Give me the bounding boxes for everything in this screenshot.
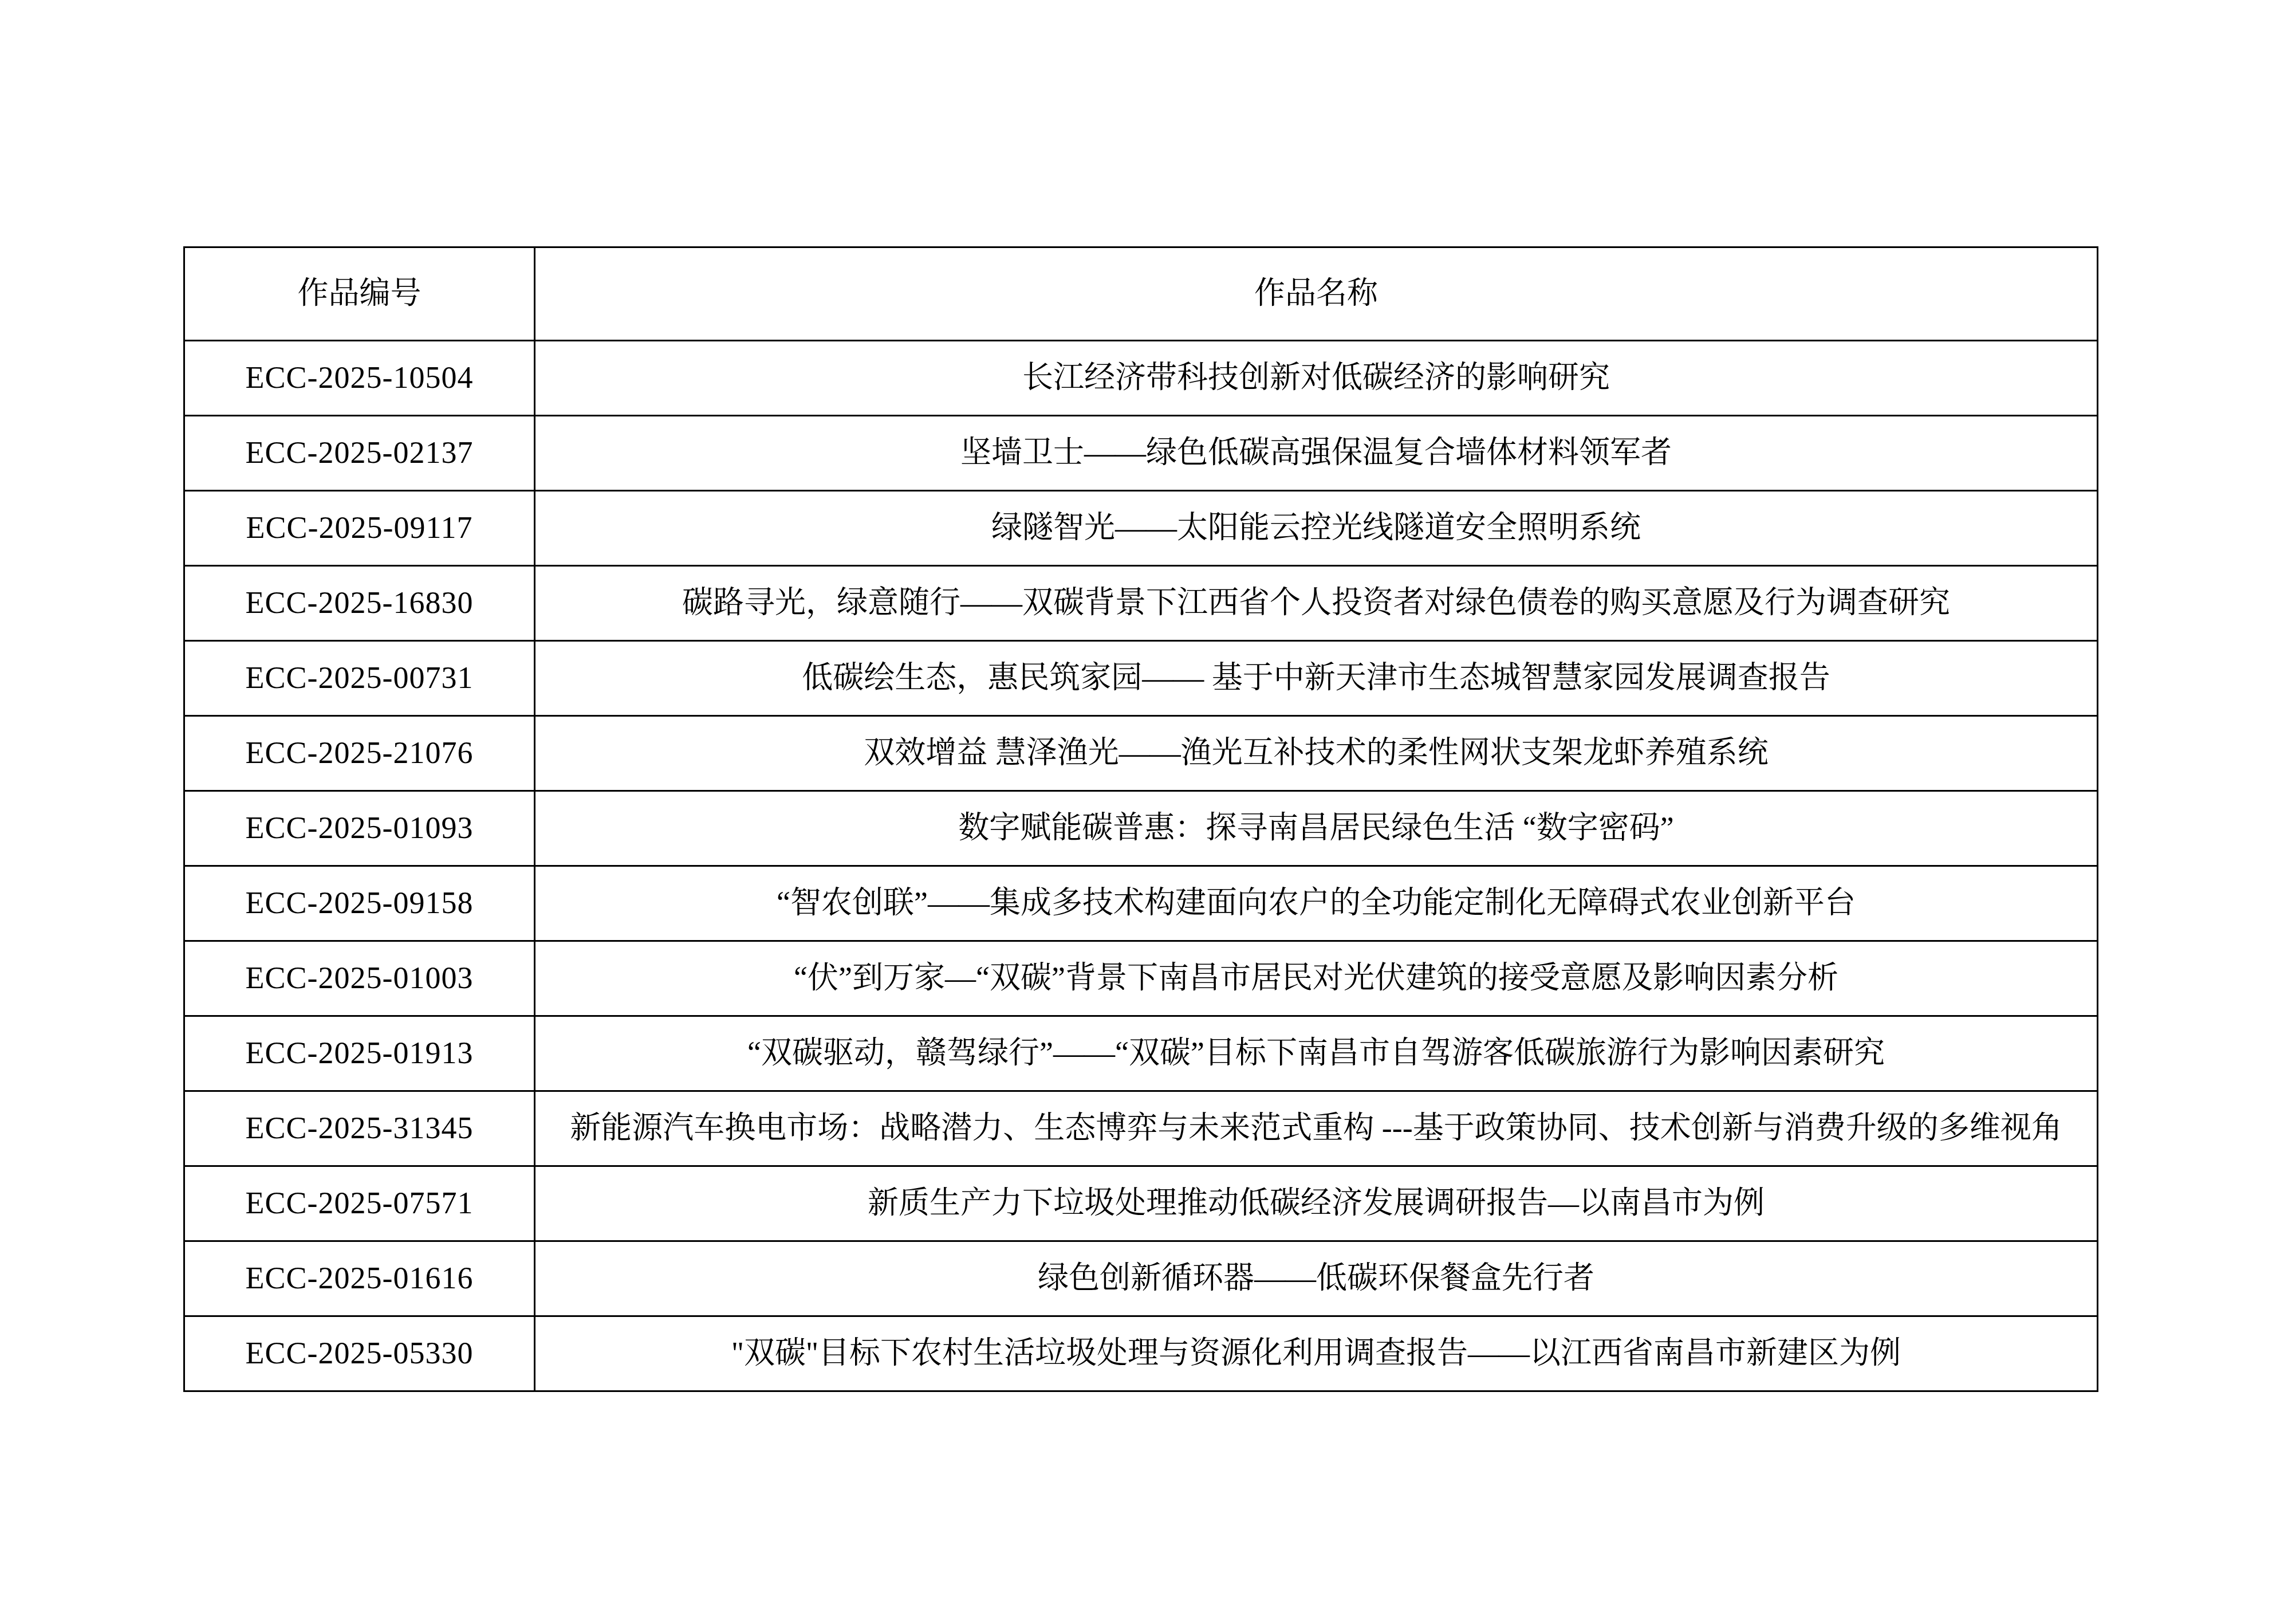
table-row: ECC-2025-00731 低碳绘生态，惠民筑家园—— 基于中新天津市生态城智… (184, 641, 2098, 716)
work-code-cell: ECC-2025-09117 (184, 491, 535, 566)
work-title-cell: 绿隧智光——太阳能云控光线隧道安全照明系统 (535, 491, 2098, 566)
work-title-cell: "双碳"目标下农村生活垃圾处理与资源化利用调查报告——以江西省南昌市新建区为例 (535, 1316, 2098, 1391)
table-row: ECC-2025-02137 坚墙卫士——绿色低碳高强保温复合墙体材料领军者 (184, 416, 2098, 491)
work-code-cell: ECC-2025-01003 (184, 941, 535, 1016)
table-body: ECC-2025-10504 长江经济带科技创新对低碳经济的影响研究 ECC-2… (184, 341, 2098, 1391)
table-row: ECC-2025-21076 双效增益 慧泽渔光——渔光互补技术的柔性网状支架龙… (184, 716, 2098, 791)
table-row: ECC-2025-05330 "双碳"目标下农村生活垃圾处理与资源化利用调查报告… (184, 1316, 2098, 1391)
header-work-code: 作品编号 (184, 247, 535, 341)
work-title-cell: “智农创联”——集成多技术构建面向农户的全功能定制化无障碍式农业创新平台 (535, 866, 2098, 941)
work-code-cell: ECC-2025-00731 (184, 641, 535, 716)
work-code-cell: ECC-2025-05330 (184, 1316, 535, 1391)
work-code-cell: ECC-2025-09158 (184, 866, 535, 941)
work-title-cell: 长江经济带科技创新对低碳经济的影响研究 (535, 341, 2098, 416)
work-title-cell: 新质生产力下垃圾处理推动低碳经济发展调研报告—以南昌市为例 (535, 1166, 2098, 1241)
works-table: 作品编号 作品名称 ECC-2025-10504 长江经济带科技创新对低碳经济的… (183, 246, 2098, 1392)
work-code-cell: ECC-2025-21076 (184, 716, 535, 791)
table-row: ECC-2025-01616 绿色创新循环器——低碳环保餐盒先行者 (184, 1241, 2098, 1316)
table-row: ECC-2025-01003 “伏”到万家—“双碳”背景下南昌市居民对光伏建筑的… (184, 941, 2098, 1016)
work-code-cell: ECC-2025-01616 (184, 1241, 535, 1316)
work-code-cell: ECC-2025-01913 (184, 1016, 535, 1091)
work-code-cell: ECC-2025-01093 (184, 791, 535, 866)
work-title-cell: 新能源汽车换电市场：战略潜力、生态博弈与未来范式重构 ---基于政策协同、技术创… (535, 1091, 2098, 1166)
table-row: ECC-2025-09158 “智农创联”——集成多技术构建面向农户的全功能定制… (184, 866, 2098, 941)
work-title-cell: “双碳驱动，赣驾绿行”——“双碳”目标下南昌市自驾游客低碳旅游行为影响因素研究 (535, 1016, 2098, 1091)
work-title-cell: 碳路寻光，绿意随行——双碳背景下江西省个人投资者对绿色债卷的购买意愿及行为调查研… (535, 566, 2098, 641)
table-row: ECC-2025-01913 “双碳驱动，赣驾绿行”——“双碳”目标下南昌市自驾… (184, 1016, 2098, 1091)
table-row: ECC-2025-01093 数字赋能碳普惠：探寻南昌居民绿色生活 “数字密码” (184, 791, 2098, 866)
header-row: 作品编号 作品名称 (184, 247, 2098, 341)
table-row: ECC-2025-09117 绿隧智光——太阳能云控光线隧道安全照明系统 (184, 491, 2098, 566)
work-title-cell: 数字赋能碳普惠：探寻南昌居民绿色生活 “数字密码” (535, 791, 2098, 866)
work-code-cell: ECC-2025-31345 (184, 1091, 535, 1166)
work-code-cell: ECC-2025-10504 (184, 341, 535, 416)
work-title-cell: “伏”到万家—“双碳”背景下南昌市居民对光伏建筑的接受意愿及影响因素分析 (535, 941, 2098, 1016)
work-code-cell: ECC-2025-16830 (184, 566, 535, 641)
table-row: ECC-2025-07571 新质生产力下垃圾处理推动低碳经济发展调研报告—以南… (184, 1166, 2098, 1241)
work-title-cell: 双效增益 慧泽渔光——渔光互补技术的柔性网状支架龙虾养殖系统 (535, 716, 2098, 791)
work-code-cell: ECC-2025-07571 (184, 1166, 535, 1241)
work-code-cell: ECC-2025-02137 (184, 416, 535, 491)
table-header: 作品编号 作品名称 (184, 247, 2098, 341)
table-row: ECC-2025-31345 新能源汽车换电市场：战略潜力、生态博弈与未来范式重… (184, 1091, 2098, 1166)
work-title-cell: 低碳绘生态，惠民筑家园—— 基于中新天津市生态城智慧家园发展调查报告 (535, 641, 2098, 716)
header-work-title: 作品名称 (535, 247, 2098, 341)
table-row: ECC-2025-10504 长江经济带科技创新对低碳经济的影响研究 (184, 341, 2098, 416)
work-title-cell: 绿色创新循环器——低碳环保餐盒先行者 (535, 1241, 2098, 1316)
table-row: ECC-2025-16830 碳路寻光，绿意随行——双碳背景下江西省个人投资者对… (184, 566, 2098, 641)
work-title-cell: 坚墙卫士——绿色低碳高强保温复合墙体材料领军者 (535, 416, 2098, 491)
